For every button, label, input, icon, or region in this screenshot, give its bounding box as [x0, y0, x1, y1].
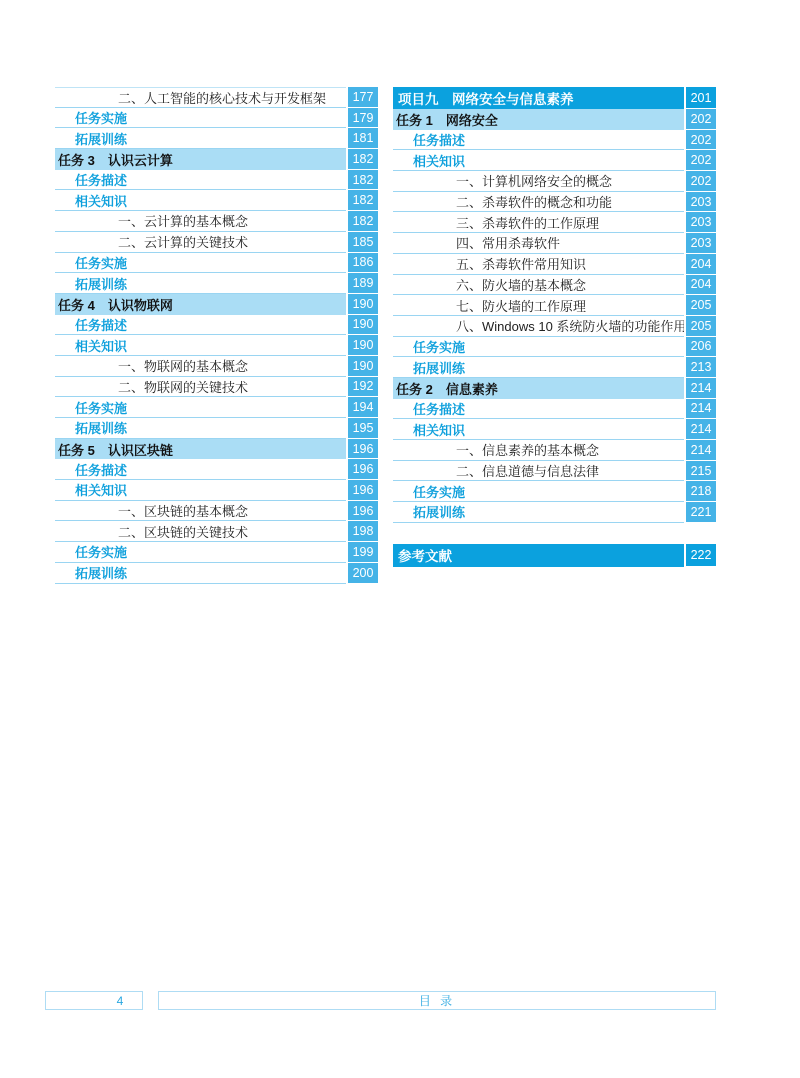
toc-entry-label[interactable]: 一、信息素养的基本概念 — [393, 440, 684, 461]
toc-row-sub: 拓展训练200 — [55, 563, 378, 584]
toc-entry-page-number: 205 — [686, 316, 716, 337]
toc-entry-label[interactable]: 任务 5 认识区块链 — [55, 439, 346, 460]
toc-entry-label[interactable]: 二、人工智能的核心技术与开发框架 — [55, 87, 346, 108]
toc-gap — [393, 523, 716, 544]
toc-entry-label[interactable]: 任务实施 — [393, 481, 684, 502]
toc-entry-page-number: 203 — [686, 233, 716, 254]
toc-entry-label[interactable]: 拓展训练 — [55, 273, 346, 294]
toc-row-project: 项目九 网络安全与信息素养201 — [393, 87, 716, 109]
footer-title-box: 目 录 — [158, 991, 716, 1010]
toc-row-item: 四、常用杀毒软件203 — [393, 233, 716, 254]
toc-entry-page-number: 182 — [348, 211, 378, 232]
toc-entry-page-number: 214 — [686, 378, 716, 399]
toc-row-sub: 任务实施218 — [393, 481, 716, 502]
toc-entry-page-number: 203 — [686, 192, 716, 213]
toc-entry-page-number: 177 — [348, 87, 378, 108]
toc-entry-page-number: 218 — [686, 481, 716, 502]
toc-entry-page-number: 221 — [686, 502, 716, 523]
toc-entry-page-number: 206 — [686, 337, 716, 358]
toc-entry-page-number: 202 — [686, 130, 716, 151]
toc-entry-label[interactable]: 拓展训练 — [393, 357, 684, 378]
toc-row-item: 二、云计算的关键技术185 — [55, 232, 378, 253]
toc-entry-page-number: 213 — [686, 357, 716, 378]
toc-row-item: 一、区块链的基本概念196 — [55, 501, 378, 522]
toc-entry-page-number: 186 — [348, 253, 378, 274]
toc-row-item: 二、杀毒软件的概念和功能203 — [393, 192, 716, 213]
toc-entry-page-number: 204 — [686, 254, 716, 275]
toc-entry-label[interactable]: 二、信息道德与信息法律 — [393, 461, 684, 482]
toc-entry-page-number: 201 — [686, 87, 716, 109]
toc-entry-label[interactable]: 一、区块链的基本概念 — [55, 501, 346, 522]
toc-entry-label[interactable]: 任务 1 网络安全 — [393, 109, 684, 130]
toc-entry-page-number: 196 — [348, 459, 378, 480]
toc-entry-page-number: 181 — [348, 128, 378, 149]
toc-entry-page-number: 200 — [348, 563, 378, 584]
toc-row-item: 二、区块链的关键技术198 — [55, 521, 378, 542]
toc-entry-page-number: 214 — [686, 399, 716, 420]
toc-row-sub: 相关知识214 — [393, 419, 716, 440]
toc-row-item: 一、物联网的基本概念190 — [55, 356, 378, 377]
toc-row-item: 二、物联网的关键技术192 — [55, 377, 378, 398]
toc-column-left: 二、人工智能的核心技术与开发框架177任务实施179拓展训练181任务 3 认识… — [55, 87, 378, 584]
toc-entry-label[interactable]: 任务实施 — [55, 253, 346, 274]
toc-entry-label[interactable]: 任务实施 — [393, 337, 684, 358]
toc-entry-label[interactable]: 五、杀毒软件常用知识 — [393, 254, 684, 275]
toc-entry-label[interactable]: 相关知识 — [55, 480, 346, 501]
toc-row-sub: 任务描述202 — [393, 130, 716, 151]
toc-row-task: 任务 3 认识云计算182 — [55, 149, 378, 170]
toc-entry-label[interactable]: 任务实施 — [55, 397, 346, 418]
toc-entry-label[interactable]: 任务描述 — [55, 170, 346, 191]
toc-entry-page-number: 204 — [686, 275, 716, 296]
toc-entry-page-number: 196 — [348, 439, 378, 460]
toc-entry-label[interactable]: 一、云计算的基本概念 — [55, 211, 346, 232]
toc-entry-label[interactable]: 任务 3 认识云计算 — [55, 149, 346, 170]
toc-entry-label[interactable]: 任务描述 — [393, 130, 684, 151]
toc-entry-page-number: 179 — [348, 108, 378, 129]
toc-entry-label[interactable]: 任务实施 — [55, 542, 346, 563]
toc-entry-label[interactable]: 拓展训练 — [55, 128, 346, 149]
toc-row-sub: 任务实施199 — [55, 542, 378, 563]
toc-entry-page-number: 190 — [348, 315, 378, 336]
toc-entry-label[interactable]: 任务实施 — [55, 108, 346, 129]
toc-entry-label[interactable]: 任务描述 — [55, 315, 346, 336]
toc-row-item: 五、杀毒软件常用知识204 — [393, 254, 716, 275]
toc-entry-label[interactable]: 四、常用杀毒软件 — [393, 233, 684, 254]
toc-entry-label[interactable]: 相关知识 — [55, 335, 346, 356]
toc-entry-label[interactable]: 相关知识 — [393, 419, 684, 440]
toc-entry-page-number: 202 — [686, 109, 716, 130]
toc-entry-page-number: 214 — [686, 440, 716, 461]
toc-entry-label[interactable]: 相关知识 — [393, 150, 684, 171]
toc-entry-page-number: 202 — [686, 150, 716, 171]
toc-row-task: 任务 5 认识区块链196 — [55, 439, 378, 460]
toc-entry-page-number: 196 — [348, 480, 378, 501]
toc-row-sub: 拓展训练213 — [393, 357, 716, 378]
toc-row-sub: 任务实施194 — [55, 397, 378, 418]
toc-entry-label[interactable]: 任务 4 认识物联网 — [55, 294, 346, 315]
toc-entry-label[interactable]: 七、防火墙的工作原理 — [393, 295, 684, 316]
toc-entry-page-number: 203 — [686, 212, 716, 233]
toc-entry-label[interactable]: 任务 2 信息素养 — [393, 378, 684, 399]
toc-row-sub: 拓展训练195 — [55, 418, 378, 439]
toc-row-project: 参考文献222 — [393, 544, 716, 567]
toc-entry-label[interactable]: 项目九 网络安全与信息素养 — [393, 87, 684, 109]
toc-entry-label[interactable]: 拓展训练 — [55, 563, 346, 584]
toc-column-right: 项目九 网络安全与信息素养201任务 1 网络安全202任务描述202相关知识2… — [393, 87, 716, 567]
toc-entry-label[interactable]: 三、杀毒软件的工作原理 — [393, 212, 684, 233]
toc-entry-label[interactable]: 拓展训练 — [393, 502, 684, 523]
toc-entry-label[interactable]: 二、区块链的关键技术 — [55, 521, 346, 542]
toc-entry-page-number: 190 — [348, 335, 378, 356]
toc-row-sub: 相关知识196 — [55, 480, 378, 501]
toc-row-sub: 拓展训练221 — [393, 502, 716, 523]
toc-row-sub: 拓展训练189 — [55, 273, 378, 294]
page-footer: 4 目 录 — [0, 991, 800, 1011]
toc-row-task: 任务 1 网络安全202 — [393, 109, 716, 130]
toc-row-sub: 相关知识182 — [55, 190, 378, 211]
toc-row-sub: 任务描述196 — [55, 459, 378, 480]
toc-entry-label[interactable]: 参考文献 — [393, 544, 684, 567]
toc-entry-page-number: 185 — [348, 232, 378, 253]
toc-entry-page-number: 182 — [348, 149, 378, 170]
toc-row-sub: 任务实施179 — [55, 108, 378, 129]
toc-row-task: 任务 4 认识物联网190 — [55, 294, 378, 315]
toc-row-item: 二、人工智能的核心技术与开发框架177 — [55, 87, 378, 108]
toc-row-sub: 任务描述182 — [55, 170, 378, 191]
toc-row-sub: 相关知识190 — [55, 335, 378, 356]
toc-row-sub: 任务实施206 — [393, 337, 716, 358]
toc-entry-label[interactable]: 任务描述 — [393, 399, 684, 420]
toc-entry-page-number: 222 — [686, 544, 716, 567]
toc-row-sub: 相关知识202 — [393, 150, 716, 171]
toc-entry-page-number: 195 — [348, 418, 378, 439]
toc-row-task: 任务 2 信息素养214 — [393, 378, 716, 399]
toc-entry-label[interactable]: 任务描述 — [55, 459, 346, 480]
toc-entry-page-number: 196 — [348, 501, 378, 522]
toc-row-item: 七、防火墙的工作原理205 — [393, 295, 716, 316]
toc-row-item: 三、杀毒软件的工作原理203 — [393, 212, 716, 233]
toc-entry-label[interactable]: 一、物联网的基本概念 — [55, 356, 346, 377]
toc-entry-label[interactable]: 二、物联网的关键技术 — [55, 377, 346, 398]
toc-entry-page-number: 182 — [348, 170, 378, 191]
toc-entry-page-number: 190 — [348, 294, 378, 315]
toc-entry-page-number: 182 — [348, 190, 378, 211]
toc-row-sub: 拓展训练181 — [55, 128, 378, 149]
toc-entry-page-number: 214 — [686, 419, 716, 440]
toc-row-item: 八、Windows 10 系统防火墙的功能作用205 — [393, 316, 716, 337]
footer-page-number: 4 — [117, 994, 124, 1008]
toc-entry-page-number: 202 — [686, 171, 716, 192]
toc-entry-page-number: 199 — [348, 542, 378, 563]
toc-entry-page-number: 192 — [348, 377, 378, 398]
toc-entry-label[interactable]: 二、杀毒软件的概念和功能 — [393, 192, 684, 213]
toc-entry-page-number: 198 — [348, 521, 378, 542]
toc-entry-label[interactable]: 八、Windows 10 系统防火墙的功能作用 — [393, 316, 684, 337]
toc-entry-label[interactable]: 六、防火墙的基本概念 — [393, 275, 684, 296]
toc-row-item: 一、信息素养的基本概念214 — [393, 440, 716, 461]
toc-entry-label[interactable]: 相关知识 — [55, 190, 346, 211]
toc-row-item: 六、防火墙的基本概念204 — [393, 275, 716, 296]
toc-row-sub: 任务描述214 — [393, 399, 716, 420]
toc-row-sub: 任务实施186 — [55, 253, 378, 274]
toc-row-sub: 任务描述190 — [55, 315, 378, 336]
footer-page-number-box: 4 — [45, 991, 143, 1010]
toc-entry-page-number: 205 — [686, 295, 716, 316]
toc-row-item: 一、云计算的基本概念182 — [55, 211, 378, 232]
toc-entry-page-number: 215 — [686, 461, 716, 482]
toc-row-item: 二、信息道德与信息法律215 — [393, 461, 716, 482]
toc-entry-label[interactable]: 二、云计算的关键技术 — [55, 232, 346, 253]
toc-row-item: 一、计算机网络安全的概念202 — [393, 171, 716, 192]
toc-entry-page-number: 194 — [348, 397, 378, 418]
toc-entry-page-number: 189 — [348, 273, 378, 294]
toc-entry-label[interactable]: 一、计算机网络安全的概念 — [393, 171, 684, 192]
toc-entry-page-number: 190 — [348, 356, 378, 377]
footer-title: 目 录 — [419, 992, 455, 1009]
toc-entry-label[interactable]: 拓展训练 — [55, 418, 346, 439]
